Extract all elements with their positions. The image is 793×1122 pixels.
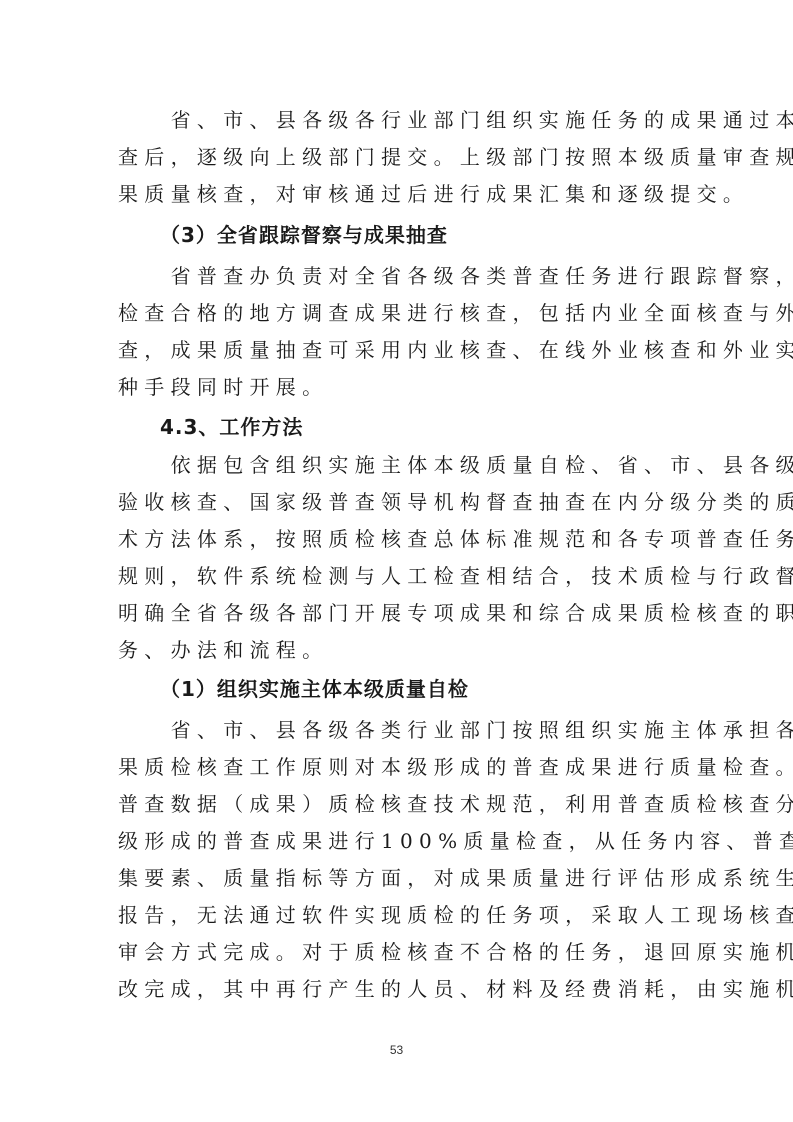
subsection-heading: （1）组织实施主体本级质量自检 <box>160 676 469 702</box>
paragraph-line: 查后，逐级向上级部门提交。上级部门按照本级质量审查规范进行成 <box>118 144 678 170</box>
paragraph-line: 省、市、县各级各行业部门组织实施任务的成果通过本级自检审 <box>118 107 678 133</box>
paragraph-line: 检查合格的地方调查成果进行核查，包括内业全面核查与外业重点核 <box>118 300 678 326</box>
paragraph-line: 普查数据（成果）质检核查技术规范，利用普查质检核查分系统对本 <box>118 791 678 817</box>
paragraph-line: 改完成，其中再行产生的人员、材料及经费消耗，由实施机构自行承 <box>118 976 678 1002</box>
paragraph-line: 级形成的普查成果进行100%质量检查，从任务内容、普查范围、采 <box>118 828 678 854</box>
paragraph-line: 务、办法和流程。 <box>118 637 678 663</box>
subsection-heading: （3）全省跟踪督察与成果抽查 <box>160 222 448 248</box>
paragraph-line: 审会方式完成。对于质检核查不合格的任务，退回原实施机构限期整 <box>118 939 678 965</box>
paragraph-line: 依据包含组织实施主体本级质量自检、省、市、县各级普查机构 <box>118 452 678 478</box>
paragraph-line: 报告，无法通过软件实现质检的任务项，采取人工现场核查和专家评 <box>118 902 678 928</box>
section-heading: 4.3、工作方法 <box>160 414 303 440</box>
paragraph-line: 种手段同时开展。 <box>118 374 678 400</box>
paragraph-line: 规则，软件系统检测与人工检查相结合，技术质检与行政督查相统一， <box>118 563 678 589</box>
paragraph-line: 术方法体系，按照质检核查总体标准规范和各专项普查任务质检实施 <box>118 526 678 552</box>
page-number: 53 <box>0 1043 793 1057</box>
paragraph-line: 验收核查、国家级普查领导机构督查抽查在内分级分类的质量管理技 <box>118 489 678 515</box>
document-page: 省、市、县各级各行业部门组织实施任务的成果通过本级自检审 查后，逐级向上级部门提… <box>0 0 793 1122</box>
paragraph-line: 明确全省各级各部门开展专项成果和综合成果质检核查的职责、任 <box>118 600 678 626</box>
paragraph-line: 省普查办负责对全省各级各类普查任务进行跟踪督察，对经省级 <box>118 263 678 289</box>
paragraph-line: 果质检核查工作原则对本级形成的普查成果进行质量检查。依据各项 <box>118 754 678 780</box>
paragraph-line: 集要素、质量指标等方面，对成果质量进行评估形成系统生成的评估 <box>118 865 678 891</box>
paragraph-line: 查，成果质量抽查可采用内业核查、在线外业核查和外业实地核查三 <box>118 337 678 363</box>
paragraph-line: 果质量核查，对审核通过后进行成果汇集和逐级提交。 <box>118 181 678 207</box>
paragraph-line: 省、市、县各级各类行业部门按照组织实施主体承担各自普查成 <box>118 717 678 743</box>
